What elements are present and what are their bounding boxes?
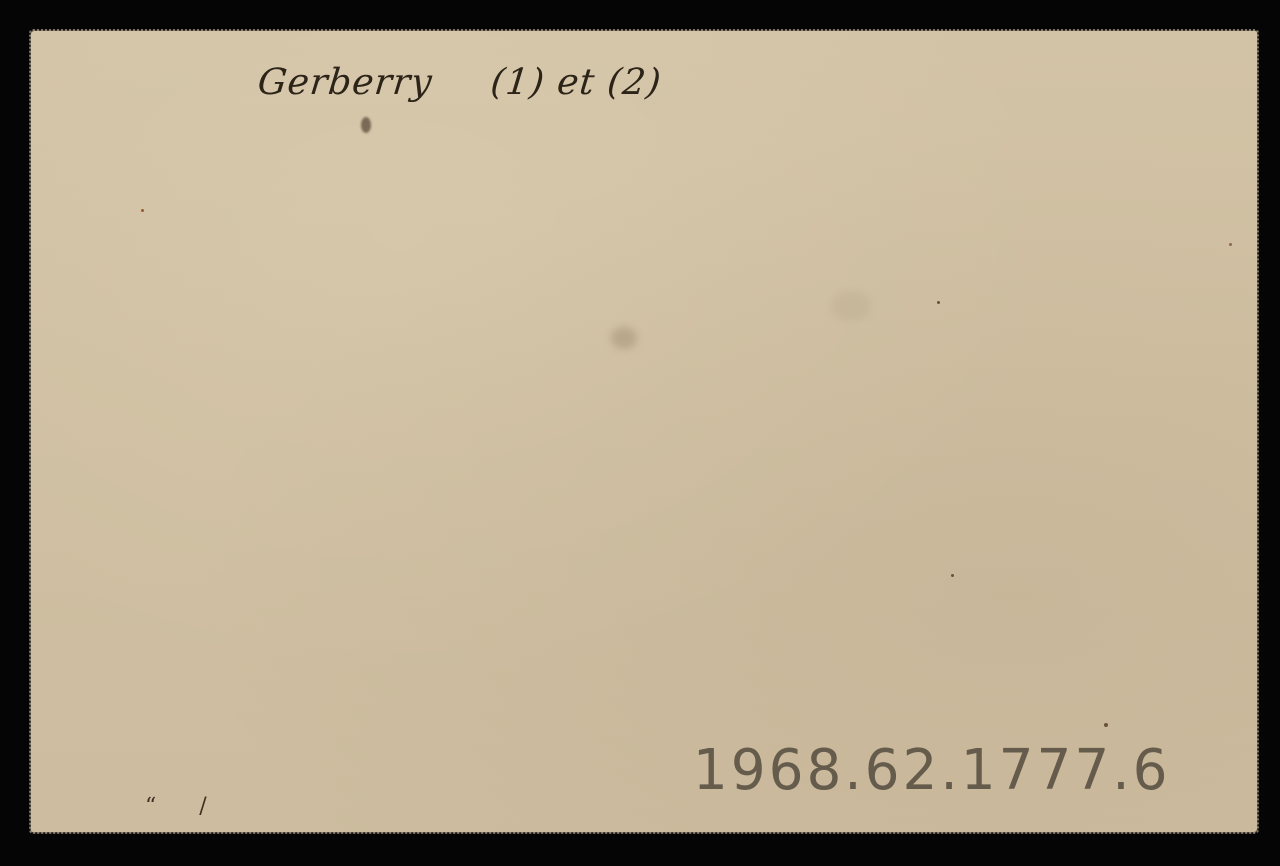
speck-mark bbox=[951, 574, 954, 577]
handwritten-note: Gerberry (1) et (2) bbox=[256, 62, 664, 103]
handwritten-name: Gerberry bbox=[256, 62, 435, 103]
paper-card bbox=[31, 31, 1257, 832]
speck-mark bbox=[1229, 243, 1232, 246]
stain-mark bbox=[361, 117, 371, 133]
stain-mark bbox=[611, 327, 637, 349]
speck-mark bbox=[141, 209, 144, 212]
scan-background: Gerberry (1) et (2) 1968.62.1777.6 “ / bbox=[0, 0, 1280, 866]
speck-mark bbox=[1104, 723, 1108, 727]
stain-mark bbox=[831, 291, 871, 321]
handwritten-suffix: (1) et (2) bbox=[489, 62, 664, 103]
edge-ink-marks: “ / bbox=[145, 794, 225, 819]
accession-number: 1968.62.1777.6 bbox=[693, 738, 1171, 803]
speck-mark bbox=[937, 301, 940, 304]
